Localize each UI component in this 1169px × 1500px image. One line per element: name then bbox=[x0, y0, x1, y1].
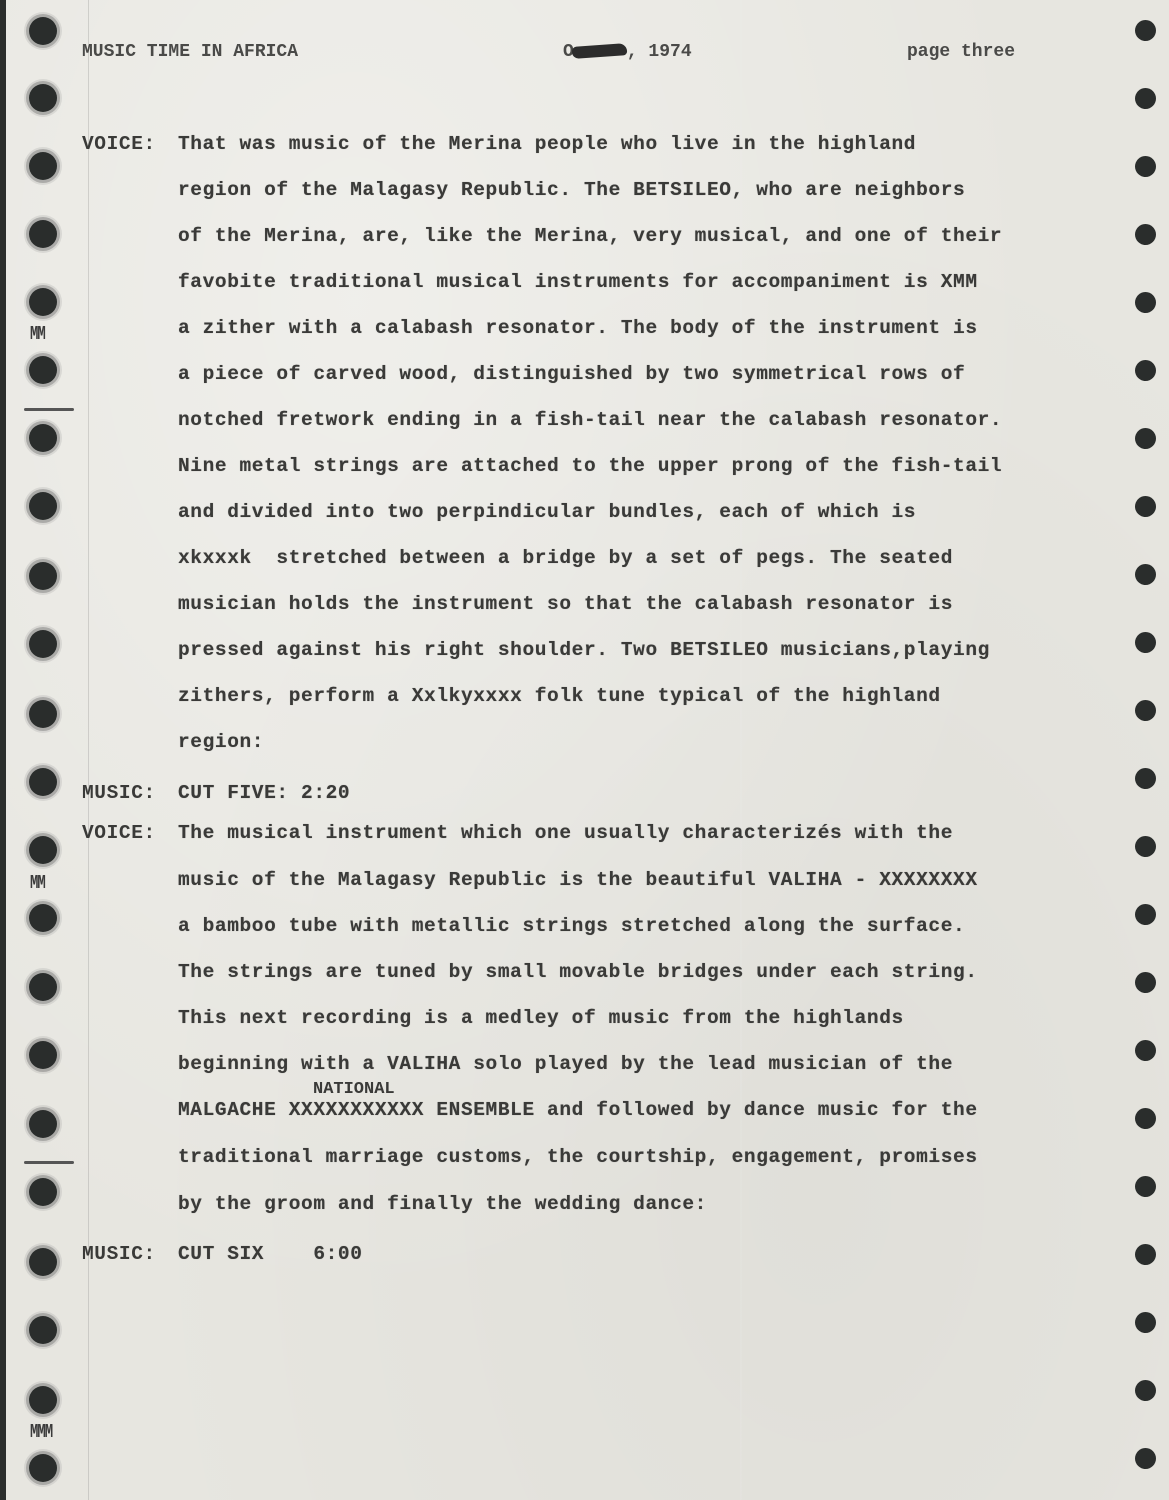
script-line: zithers, perform a Xxlkyxxxx folk tune t… bbox=[178, 685, 941, 707]
punch-hole-icon bbox=[1135, 1108, 1156, 1129]
script-line: of the Merina, are, like the Merina, ver… bbox=[178, 225, 1002, 247]
script-line: pressed against his right shoulder. Two … bbox=[178, 639, 990, 661]
script-line: beginning with a VALIHA solo played by t… bbox=[178, 1053, 953, 1075]
punch-hole-icon bbox=[1135, 632, 1156, 653]
punch-hole-icon bbox=[1135, 1448, 1156, 1469]
script-line: MALGACHE XXXXXXXXXXX ENSEMBLE and follow… bbox=[178, 1099, 978, 1121]
script-line: The strings are tuned by small movable b… bbox=[178, 961, 978, 983]
punch-hole-icon bbox=[29, 1386, 57, 1414]
script-line: by the groom and finally the wedding dan… bbox=[178, 1193, 707, 1215]
margin-mark: MMM bbox=[30, 1422, 52, 1444]
script-line: The musical instrument which one usually… bbox=[178, 822, 953, 844]
punch-hole-icon bbox=[29, 1454, 57, 1482]
punch-hole-icon bbox=[1135, 972, 1156, 993]
speaker-label-voice: VOICE: bbox=[82, 822, 156, 844]
script-line: a piece of carved wood, distinguished by… bbox=[178, 363, 965, 385]
punch-hole-icon bbox=[29, 562, 57, 590]
punch-hole-icon bbox=[29, 768, 57, 796]
punch-hole-icon bbox=[1135, 292, 1156, 313]
script-line: region: bbox=[178, 731, 264, 753]
script-line: and divided into two perpindicular bundl… bbox=[178, 501, 916, 523]
script-line: a bamboo tube with metallic strings stre… bbox=[178, 915, 965, 937]
punch-hole-icon bbox=[29, 973, 57, 1001]
punch-hole-icon bbox=[29, 1110, 57, 1138]
punch-hole-icon bbox=[29, 836, 57, 864]
punch-hole-icon bbox=[1135, 564, 1156, 585]
punch-hole-icon bbox=[1135, 1040, 1156, 1061]
punch-hole-icon bbox=[29, 1316, 57, 1344]
punch-hole-icon bbox=[29, 356, 57, 384]
document-date: O, 1974 bbox=[563, 42, 692, 62]
margin-squiggle bbox=[24, 408, 74, 411]
script-line: music of the Malagasy Republic is the be… bbox=[178, 869, 978, 891]
punch-hole-icon bbox=[29, 220, 57, 248]
punch-hole-icon bbox=[1135, 700, 1156, 721]
page-number: page three bbox=[907, 42, 1015, 62]
punch-hole-icon bbox=[1135, 224, 1156, 245]
script-line: That was music of the Merina people who … bbox=[178, 133, 916, 155]
script-line: xkxxxk stretched between a bridge by a s… bbox=[178, 547, 953, 569]
punch-hole-icon bbox=[1135, 88, 1156, 109]
punch-hole-icon bbox=[29, 1248, 57, 1276]
margin-mark: MM bbox=[30, 324, 45, 346]
punch-hole-icon bbox=[1135, 1244, 1156, 1265]
margin-mark: MM bbox=[30, 873, 45, 895]
document-title: MUSIC TIME IN AFRICA bbox=[82, 42, 298, 62]
punch-hole-icon bbox=[29, 84, 57, 112]
margin-squiggle bbox=[24, 1161, 74, 1164]
punch-hole-icon bbox=[29, 424, 57, 452]
music-cue: CUT FIVE: 2:20 bbox=[178, 782, 350, 804]
punch-hole-icon bbox=[1135, 360, 1156, 381]
punch-hole-icon bbox=[29, 1041, 57, 1069]
punch-hole-icon bbox=[29, 288, 57, 316]
script-line: a zither with a calabash resonator. The … bbox=[178, 317, 978, 339]
punch-hole-icon bbox=[1135, 156, 1156, 177]
punch-hole-icon bbox=[29, 17, 57, 45]
date-year: , 1974 bbox=[627, 42, 692, 62]
script-line: favobite traditional musical instruments… bbox=[178, 271, 978, 293]
script-line: musician holds the instrument so that th… bbox=[178, 593, 953, 615]
ink-blot-redaction bbox=[571, 43, 627, 59]
speaker-label-voice: VOICE: bbox=[82, 133, 156, 155]
speaker-label-music: MUSIC: bbox=[82, 1243, 156, 1265]
speaker-label-music: MUSIC: bbox=[82, 782, 156, 804]
handwritten-insertion: NATIONAL bbox=[313, 1080, 395, 1099]
punch-hole-icon bbox=[1135, 904, 1156, 925]
punch-hole-icon bbox=[1135, 1176, 1156, 1197]
punch-hole-icon bbox=[29, 492, 57, 520]
punch-hole-icon bbox=[1135, 428, 1156, 449]
script-line: Nine metal strings are attached to the u… bbox=[178, 455, 1002, 477]
punch-hole-icon bbox=[1135, 20, 1156, 41]
punch-hole-icon bbox=[1135, 836, 1156, 857]
script-line: notched fretwork ending in a fish-tail n… bbox=[178, 409, 1002, 431]
script-line: traditional marriage customs, the courts… bbox=[178, 1146, 978, 1168]
punch-hole-icon bbox=[29, 152, 57, 180]
punch-hole-icon bbox=[1135, 768, 1156, 789]
punch-hole-icon bbox=[1135, 1312, 1156, 1333]
punch-hole-icon bbox=[1135, 496, 1156, 517]
script-line: region of the Malagasy Republic. The BET… bbox=[178, 179, 965, 201]
punch-hole-icon bbox=[1135, 1380, 1156, 1401]
punch-hole-icon bbox=[29, 1178, 57, 1206]
music-cue: CUT SIX 6:00 bbox=[178, 1243, 363, 1265]
punch-hole-icon bbox=[29, 630, 57, 658]
punch-hole-icon bbox=[29, 700, 57, 728]
punch-hole-icon bbox=[29, 904, 57, 932]
script-line: This next recording is a medley of music… bbox=[178, 1007, 904, 1029]
